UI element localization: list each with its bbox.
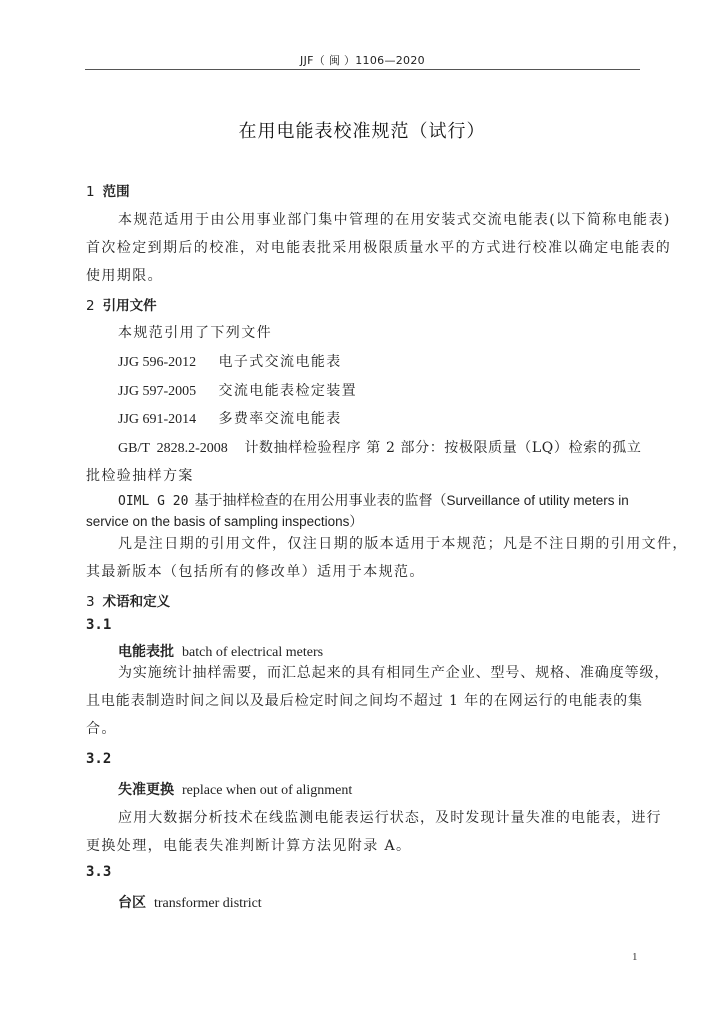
section-title: 引用文件 bbox=[103, 298, 157, 314]
definition-line: 且电能表制造时间之间以及最后检定时间之间均不超过 1 年的在网运行的电能表的集 bbox=[86, 690, 643, 710]
reference-title: 计数抽样检验程序 第 2 部分：按极限质量（LQ）检索的孤立 bbox=[244, 440, 641, 456]
paragraph-line: 凡是注日期的引用文件，仅注日期的版本适用于本规范；凡是不注日期的引用文件， bbox=[118, 533, 688, 553]
definition-line: 合。 bbox=[86, 718, 117, 738]
definition-line: 应用大数据分析技术在线监测电能表运行状态，及时发现计量失准的电能表，进行 bbox=[118, 807, 662, 827]
section-2-heading: 2引用文件 bbox=[86, 294, 157, 314]
clause-number: 3.3 bbox=[86, 864, 111, 880]
reference-code: OIML G 20 bbox=[118, 494, 188, 509]
reference-item: JJG 691-2014 多费率交流电能表 bbox=[118, 408, 342, 428]
document-title: 在用电能表校准规范（试行） bbox=[0, 117, 724, 143]
header-rule bbox=[85, 69, 640, 70]
reference-code: GB/T 2828.2-2008 bbox=[118, 441, 240, 457]
reference-item: JJG 597-2005 交流电能表检定装置 bbox=[118, 380, 357, 400]
definition-line: 更换处理，电能表失准判断计算方法见附录 A。 bbox=[86, 835, 411, 855]
term-chinese: 电能表批 bbox=[118, 644, 174, 660]
reference-title: 交流电能表检定装置 bbox=[218, 383, 357, 399]
reference-code: JJG 597-2005 bbox=[118, 384, 214, 400]
term-entry: 电能表批batch of electrical meters bbox=[118, 641, 323, 661]
reference-title-en: Surveillance of utility meters in bbox=[446, 493, 628, 508]
section-number: 2 bbox=[86, 298, 95, 314]
references-intro: 本规范引用了下列文件 bbox=[118, 322, 272, 342]
reference-item: JJG 596-2012 电子式交流电能表 bbox=[118, 351, 342, 371]
section-title: 范围 bbox=[103, 184, 130, 200]
section-1-heading: 1范围 bbox=[86, 180, 130, 200]
paragraph-line: 首次检定到期后的校准，对电能表批采用极限质量水平的方式进行校准以确定电能表的 bbox=[86, 237, 671, 257]
term-entry: 台区transformer district bbox=[118, 892, 262, 912]
term-english: batch of electrical meters bbox=[182, 645, 323, 660]
page-number: 1 bbox=[632, 951, 638, 963]
clause-number: 3.1 bbox=[86, 617, 111, 633]
section-number: 1 bbox=[86, 184, 95, 200]
section-3-heading: 3术语和定义 bbox=[86, 590, 170, 610]
section-title: 术语和定义 bbox=[103, 594, 171, 610]
paragraph-line: 本规范适用于由公用事业部门集中管理的在用安装式交流电能表(以下简称电能表) bbox=[118, 209, 671, 229]
reference-item-gbt: GB/T 2828.2-2008 计数抽样检验程序 第 2 部分：按极限质量（L… bbox=[118, 437, 641, 457]
paragraph-line: 使用期限。 bbox=[86, 265, 163, 285]
definition-line: 为实施统计抽样需要，而汇总起来的具有相同生产企业、型号、规格、准确度等级， bbox=[118, 662, 669, 682]
clause-number: 3.2 bbox=[86, 751, 111, 767]
reference-title-continued: 批检验抽样方案 bbox=[86, 465, 194, 485]
term-english: transformer district bbox=[154, 896, 262, 911]
reference-code: JJG 691-2014 bbox=[118, 412, 214, 428]
term-entry: 失准更换replace when out of alignment bbox=[118, 779, 352, 799]
term-english: replace when out of alignment bbox=[182, 783, 352, 798]
reference-code: JJG 596-2012 bbox=[118, 355, 214, 371]
term-chinese: 失准更换 bbox=[118, 782, 174, 798]
reference-title: 多费率交流电能表 bbox=[218, 411, 341, 427]
reference-title-zh: 基于抽样检查的在用公用事业表的监督（ bbox=[194, 493, 446, 509]
reference-item-oiml: OIML G 20基于抽样检查的在用公用事业表的监督（Surveillance … bbox=[118, 490, 629, 510]
running-header: JJF（ 闽 ）1106—2020 bbox=[85, 52, 640, 68]
paragraph-line: 其最新版本（包括所有的修改单）适用于本规范。 bbox=[86, 561, 425, 581]
reference-title-en-continued: service on the basis of sampling inspect… bbox=[86, 510, 363, 530]
term-chinese: 台区 bbox=[118, 895, 146, 911]
document-page: JJF（ 闽 ）1106—2020 在用电能表校准规范（试行） 1范围 本规范适… bbox=[0, 0, 724, 1024]
reference-title: 电子式交流电能表 bbox=[218, 354, 341, 370]
section-number: 3 bbox=[86, 594, 95, 610]
